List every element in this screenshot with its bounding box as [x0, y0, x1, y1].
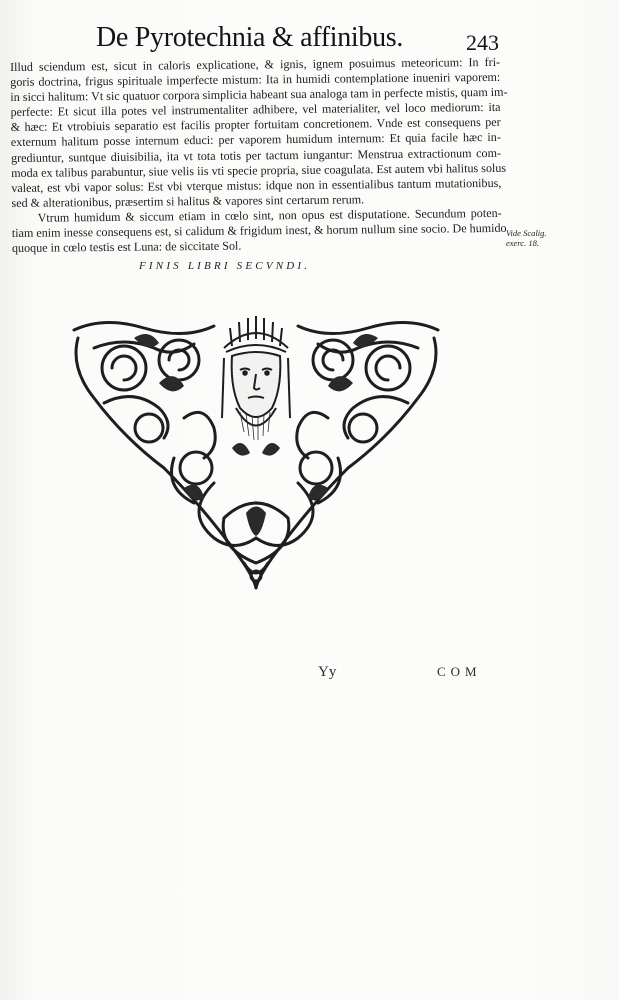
closing-rubric: FINIS LIBRI SECVNDI. — [139, 260, 310, 272]
page-number: 243 — [466, 30, 499, 56]
signature-mark: Yy — [318, 664, 336, 681]
running-head-title: De Pyrotechnia & affinibus. — [96, 22, 403, 54]
woodcut-ornament-icon — [64, 308, 448, 590]
marginal-note-line: exerc. 18. — [506, 238, 546, 248]
marginal-note-line: Vide Scalig. — [506, 228, 546, 238]
main-text-block: Illud sciendum est, sicut in caloris exp… — [10, 55, 502, 256]
book-page: De Pyrotechnia & affinibus. 243 Illud sc… — [0, 0, 619, 1000]
catchword: COM — [437, 664, 482, 680]
marginal-note: Vide Scalig. exerc. 18. — [506, 228, 546, 248]
